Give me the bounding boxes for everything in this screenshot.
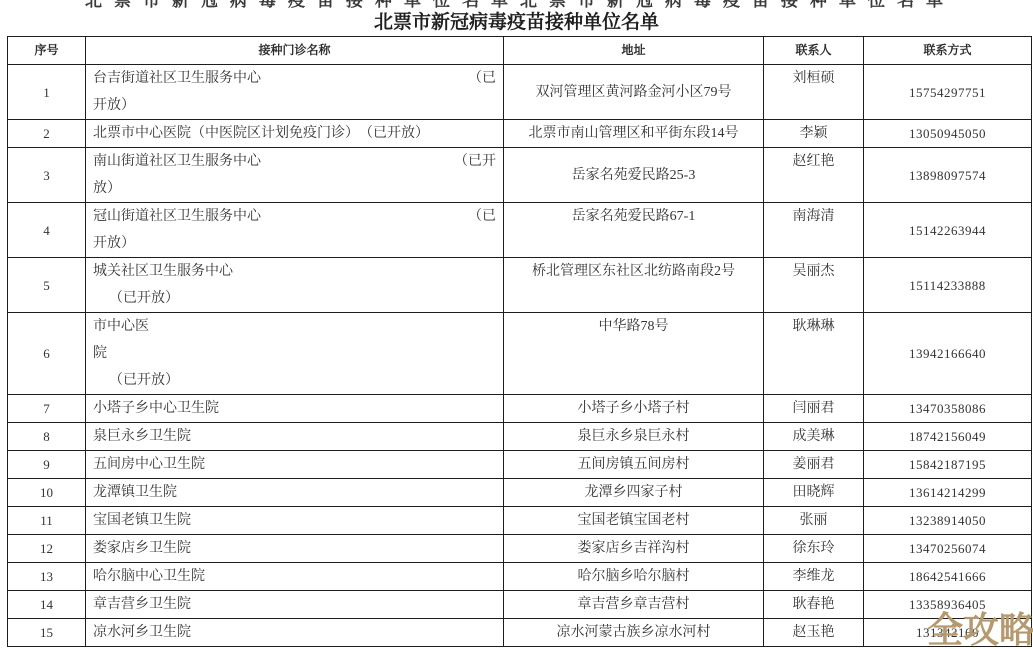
address-cell: 泉巨永乡泉巨永村: [504, 423, 764, 451]
column-header-phone: 联系方式: [864, 37, 1032, 65]
phone-number-cell: 13238914050: [864, 507, 1032, 535]
phone-number-cell: 18642541666: [864, 563, 1032, 591]
address-cell: 五间房镇五间房村: [504, 451, 764, 479]
clinic-name-line: （已开放）: [93, 285, 496, 312]
column-header-name: 接种门诊名称: [86, 37, 504, 65]
clinic-name-cell: 市中心医院（已开放）: [86, 313, 504, 395]
clinic-name-cell: 台吉街道社区卫生服务中心（已开放）: [86, 65, 504, 120]
clinic-name-cell: 娄家店乡卫生院: [86, 535, 504, 563]
contact-person-cell: 成美琳: [764, 423, 864, 451]
contact-person-cell: 徐东玲: [764, 535, 864, 563]
table-row: 9五间房中心卫生院五间房镇五间房村姜丽君15842187195: [8, 451, 1032, 479]
table-body: 1台吉街道社区卫生服务中心（已开放）双河管理区黄河路金河小区79号刘桓硕1575…: [8, 65, 1032, 647]
row-number-cell: 2: [8, 120, 86, 148]
table-row: 8泉巨永乡卫生院泉巨永乡泉巨永村成美琳18742156049: [8, 423, 1032, 451]
header-row: 序号接种门诊名称地址联系人联系方式: [8, 37, 1032, 65]
clinic-name-line: 开放）: [93, 230, 496, 257]
phone-number-cell: 13942166640: [864, 313, 1032, 395]
phone-number-cell: 15842187195: [864, 451, 1032, 479]
clinic-name-line: 凉水河乡卫生院: [93, 619, 496, 646]
clinic-name-cell: 小塔子乡中心卫生院: [86, 395, 504, 423]
row-number-cell: 13: [8, 563, 86, 591]
address-cell: 岳家名苑爱民路67-1: [504, 203, 764, 258]
table-row: 11宝国老镇卫生院宝国老镇宝国老村张丽13238914050: [8, 507, 1032, 535]
phone-number-cell: 13614214299: [864, 479, 1032, 507]
table-row: 3南山街道社区卫生服务中心（已开放）岳家名苑爱民路25-3赵红艳13898097…: [8, 148, 1032, 203]
table-row: 15凉水河乡卫生院凉水河蒙古族乡凉水河村赵玉艳131342160: [8, 619, 1032, 647]
clinic-name-cell: 冠山街道社区卫生服务中心（已开放）: [86, 203, 504, 258]
clinic-name-cell: 北票市中心医院（中医院区计划免疫门诊） （已开放）: [86, 120, 504, 148]
table-row: 4冠山街道社区卫生服务中心（已开放）岳家名苑爱民路67-1南海清15142263…: [8, 203, 1032, 258]
contact-person-cell: 南海清: [764, 203, 864, 258]
row-number-cell: 4: [8, 203, 86, 258]
contact-person-cell: 李颖: [764, 120, 864, 148]
address-cell: 岳家名苑爱民路25-3: [504, 148, 764, 203]
clinic-name-cell: 凉水河乡卫生院: [86, 619, 504, 647]
row-number-cell: 10: [8, 479, 86, 507]
column-header-contact: 联系人: [764, 37, 864, 65]
phone-number-cell: 18742156049: [864, 423, 1032, 451]
row-number-cell: 6: [8, 313, 86, 395]
address-cell: 章吉营乡章吉营村: [504, 591, 764, 619]
table-row: 6市中心医院（已开放）中华路78号耿琳琳13942166640: [8, 313, 1032, 395]
table-row: 12娄家店乡卫生院娄家店乡吉祥沟村徐东玲13470256074: [8, 535, 1032, 563]
row-number-cell: 11: [8, 507, 86, 535]
clinic-name-line: 冠山街道社区卫生服务中心（已: [93, 203, 496, 230]
clinic-name-line: 北票市中心医院（中医院区计划免疫门诊） （已开放）: [93, 120, 496, 147]
address-cell: 龙潭乡四家子村: [504, 479, 764, 507]
phone-number-cell: 15114233888: [864, 258, 1032, 313]
vaccination-units-table: 序号接种门诊名称地址联系人联系方式 1台吉街道社区卫生服务中心（已开放）双河管理…: [7, 36, 1032, 647]
table-row: 5城关社区卫生服务中心（已开放）桥北管理区东社区北纺路南段2号吴丽杰151142…: [8, 258, 1032, 313]
page-title: 北票市新冠病毒疫苗接种单位名单: [0, 10, 1033, 35]
phone-number-cell: 13050945050: [864, 120, 1032, 148]
contact-person-cell: 姜丽君: [764, 451, 864, 479]
contact-person-cell: 赵玉艳: [764, 619, 864, 647]
clinic-name-line: 宝国老镇卫生院: [93, 507, 496, 534]
address-cell: 娄家店乡吉祥沟村: [504, 535, 764, 563]
row-number-cell: 14: [8, 591, 86, 619]
clinic-name-line: 院: [93, 340, 496, 367]
table-row: 1台吉街道社区卫生服务中心（已开放）双河管理区黄河路金河小区79号刘桓硕1575…: [8, 65, 1032, 120]
clipped-heading-fragment: 北票市新冠病毒疫苗接种单位名单北票市新冠病毒疫苗接种单位名单: [0, 0, 1033, 9]
clinic-name-line: 章吉营乡卫生院: [93, 591, 496, 618]
contact-person-cell: 李维龙: [764, 563, 864, 591]
phone-number-cell: 13470256074: [864, 535, 1032, 563]
contact-person-cell: 赵红艳: [764, 148, 864, 203]
clinic-name-line: 娄家店乡卫生院: [93, 535, 496, 562]
clinic-name-line: 开放）: [93, 92, 496, 119]
table-row: 7小塔子乡中心卫生院小塔子乡小塔子村闫丽君13470358086: [8, 395, 1032, 423]
contact-person-cell: 田晓辉: [764, 479, 864, 507]
row-number-cell: 1: [8, 65, 86, 120]
clinic-name-line: 南山街道社区卫生服务中心（已开: [93, 148, 496, 175]
clinic-name-line: 放）: [93, 175, 496, 202]
watermark: 全攻略: [927, 602, 1033, 649]
contact-person-cell: 刘桓硕: [764, 65, 864, 120]
contact-person-cell: 吴丽杰: [764, 258, 864, 313]
clinic-name-line: 五间房中心卫生院: [93, 451, 496, 478]
contact-person-cell: 张丽: [764, 507, 864, 535]
clinic-name-line: 泉巨永乡卫生院: [93, 423, 496, 450]
clinic-name-line: （已开放）: [93, 367, 496, 394]
table-row: 14章吉营乡卫生院章吉营乡章吉营村耿春艳13358936405: [8, 591, 1032, 619]
clinic-name-cell: 宝国老镇卫生院: [86, 507, 504, 535]
row-number-cell: 7: [8, 395, 86, 423]
contact-person-cell: 耿琳琳: [764, 313, 864, 395]
address-cell: 哈尔脑乡哈尔脑村: [504, 563, 764, 591]
row-number-cell: 3: [8, 148, 86, 203]
row-number-cell: 5: [8, 258, 86, 313]
table-row: 2北票市中心医院（中医院区计划免疫门诊） （已开放）北票市南山管理区和平街东段1…: [8, 120, 1032, 148]
row-number-cell: 9: [8, 451, 86, 479]
address-cell: 桥北管理区东社区北纺路南段2号: [504, 258, 764, 313]
row-number-cell: 12: [8, 535, 86, 563]
address-cell: 凉水河蒙古族乡凉水河村: [504, 619, 764, 647]
column-header-num: 序号: [8, 37, 86, 65]
clinic-name-cell: 五间房中心卫生院: [86, 451, 504, 479]
phone-number-cell: 13470358086: [864, 395, 1032, 423]
table-header: 序号接种门诊名称地址联系人联系方式: [8, 37, 1032, 65]
contact-person-cell: 耿春艳: [764, 591, 864, 619]
table-row: 10龙潭镇卫生院龙潭乡四家子村田晓辉13614214299: [8, 479, 1032, 507]
row-number-cell: 8: [8, 423, 86, 451]
phone-number-cell: 15142263944: [864, 203, 1032, 258]
clinic-name-line: 台吉街道社区卫生服务中心（已: [93, 65, 496, 92]
clinic-name-line: 哈尔脑中心卫生院: [93, 563, 496, 590]
address-cell: 北票市南山管理区和平街东段14号: [504, 120, 764, 148]
phone-number-cell: 15754297751: [864, 65, 1032, 120]
clinic-name-line: 城关社区卫生服务中心: [93, 258, 496, 285]
column-header-address: 地址: [504, 37, 764, 65]
clinic-name-cell: 南山街道社区卫生服务中心（已开放）: [86, 148, 504, 203]
contact-person-cell: 闫丽君: [764, 395, 864, 423]
clinic-name-line: 市中心医: [93, 313, 496, 340]
address-cell: 中华路78号: [504, 313, 764, 395]
clinic-name-line: 龙潭镇卫生院: [93, 479, 496, 506]
clinic-name-cell: 龙潭镇卫生院: [86, 479, 504, 507]
address-cell: 双河管理区黄河路金河小区79号: [504, 65, 764, 120]
row-number-cell: 15: [8, 619, 86, 647]
address-cell: 小塔子乡小塔子村: [504, 395, 764, 423]
clinic-name-cell: 泉巨永乡卫生院: [86, 423, 504, 451]
address-cell: 宝国老镇宝国老村: [504, 507, 764, 535]
clinic-name-cell: 章吉营乡卫生院: [86, 591, 504, 619]
clipped-heading-text: 北票市新冠病毒疫苗接种单位名单北票市新冠病毒疫苗接种单位名单: [85, 0, 1033, 9]
clinic-name-line: 小塔子乡中心卫生院: [93, 395, 496, 422]
phone-number-cell: 13898097574: [864, 148, 1032, 203]
clinic-name-cell: 城关社区卫生服务中心（已开放）: [86, 258, 504, 313]
table-row: 13哈尔脑中心卫生院哈尔脑乡哈尔脑村李维龙18642541666: [8, 563, 1032, 591]
clinic-name-cell: 哈尔脑中心卫生院: [86, 563, 504, 591]
